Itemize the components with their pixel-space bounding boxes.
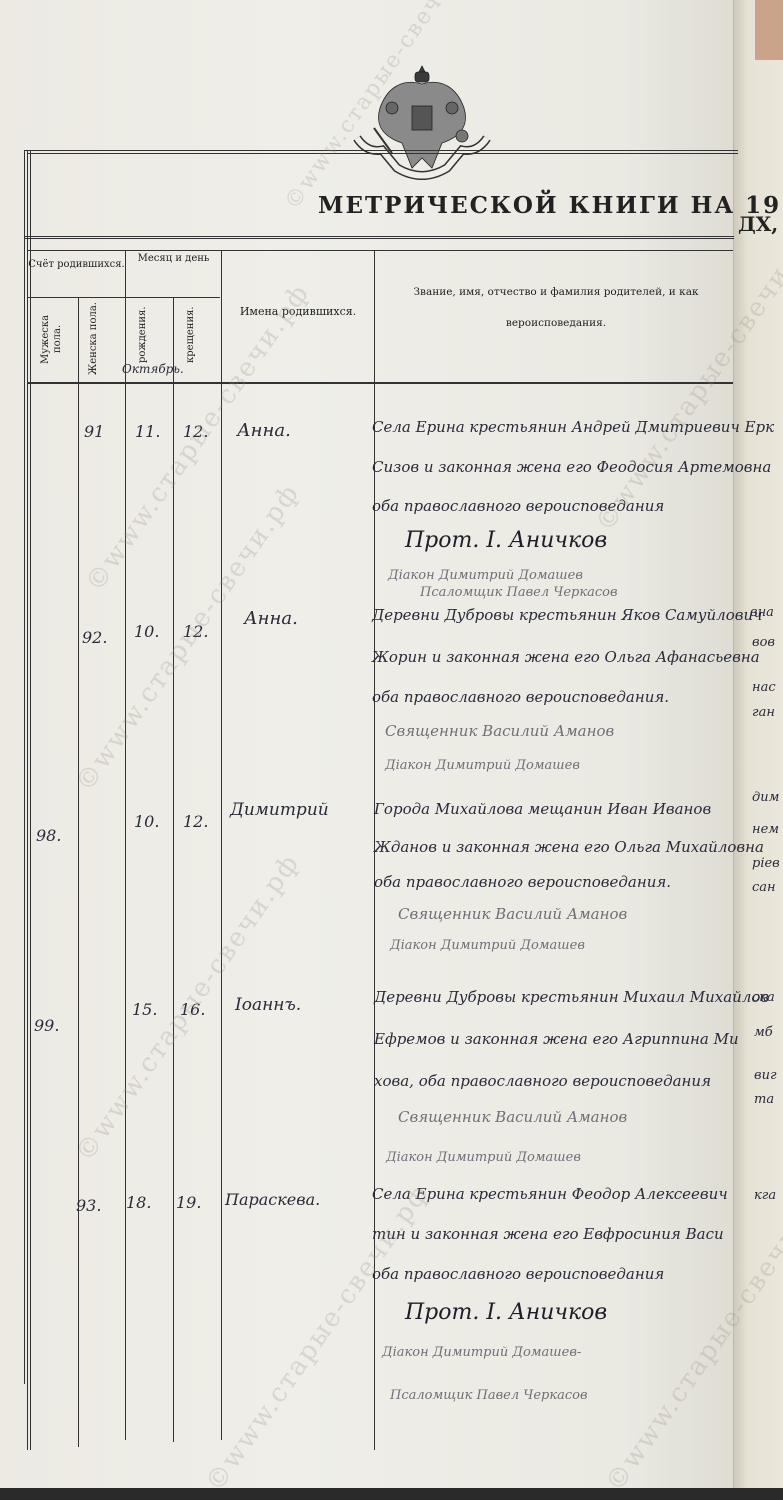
entry-4-name: Іоаннъ. — [235, 995, 301, 1015]
entry-3-parents-2: Жданов и законная жена его Ольга Михайло… — [374, 838, 764, 856]
right-margin-fragment: ска — [752, 990, 775, 1005]
header-sub-line — [27, 297, 220, 298]
entry-4-male-no: 99. — [34, 1016, 59, 1035]
right-margin-fragment: вна — [750, 605, 774, 620]
entry-5-born: 18. — [126, 1193, 151, 1212]
header-parents-line2: вероисповедания. — [376, 316, 736, 330]
entry-4-born: 15. — [132, 1000, 157, 1019]
right-margin-fragment: та — [754, 1092, 774, 1107]
right-margin-fragment: вов — [752, 635, 775, 650]
entry-2-signature-2: Діакон Димитрий Домашев — [385, 758, 580, 773]
page-bottom-shadow — [0, 1488, 783, 1500]
header-top-line — [27, 250, 733, 251]
entry-2-parents-1: Деревни Дубровы крестьянин Яков Самуйлов… — [372, 606, 762, 624]
right-margin-fragment: дим — [752, 790, 779, 805]
entry-2-female-no: 92. — [82, 628, 107, 647]
entry-5-baptized: 19. — [176, 1193, 201, 1212]
right-margin-fragment: нас — [752, 680, 776, 695]
entry-2-name: Анна. — [244, 608, 298, 629]
entry-3-signature-2: Діакон Димитрий Домашев — [390, 938, 585, 953]
header-birth: рождения. — [137, 300, 149, 370]
col-divider-1 — [78, 297, 79, 1447]
right-margin-fragment: кга — [754, 1188, 776, 1203]
col-border-left — [27, 150, 31, 1450]
entry-5-female-no: 93. — [76, 1196, 101, 1215]
entry-1-born: 11. — [135, 422, 160, 441]
right-margin-fragment: нем — [752, 822, 779, 837]
entry-4-parents-3: хова, оба православного вероисповедания — [374, 1072, 711, 1090]
entry-5-parents-3: оба православного вероисповедания — [372, 1265, 664, 1283]
header-count-male: Мужеска пола. — [40, 300, 64, 378]
entry-1-name: Анна. — [237, 420, 291, 441]
entry-4-signature-2: Діакон Димитрий Домашев — [386, 1150, 581, 1165]
col-divider-2 — [125, 250, 126, 1440]
header-parents-line1: Звание, имя, отчество и фамилия родителе… — [376, 285, 736, 299]
header-baptism: крещения. — [185, 300, 197, 370]
entry-2-signature-1: Священник Василий Аманов — [385, 722, 614, 740]
entry-5-signature-3: Псаломщик Павел Черкасов — [390, 1388, 588, 1403]
entry-2-parents-2: Жорин и законная жена его Ольга Афанасье… — [372, 648, 760, 666]
right-margin-fragment: сан — [752, 880, 776, 895]
entry-1-parents-2: Сизов и законная жена его Феодосия Артем… — [372, 458, 771, 476]
header-bottom-line — [27, 382, 733, 384]
entry-1-parents-1: Села Ерина крестьянин Андрей Дмитриевич … — [372, 418, 774, 436]
entry-3-name: Димитрий — [230, 800, 329, 820]
entry-1-signature-2: Діакон Димитрий Домашев — [388, 568, 583, 583]
entry-5-signature-2: Діакон Димитрий Домашев- — [382, 1345, 581, 1360]
entry-5-signature-1: Прот. І. Аничков — [405, 1300, 607, 1325]
entry-5-name: Параскева. — [225, 1190, 320, 1209]
entry-3-parents-1: Города Михайлова мещанин Иван Иванов — [374, 800, 711, 818]
entry-4-parents-2: Ефремов и законная жена его Агриппина Ми — [374, 1030, 739, 1048]
entry-3-male-no: 98. — [36, 826, 61, 845]
title-divider — [24, 236, 734, 239]
right-margin-fragment: виг — [754, 1068, 777, 1083]
right-margin-fragment: ріев — [752, 856, 780, 871]
entry-2-born: 10. — [134, 622, 159, 641]
header-count-female: Женска пола. — [88, 300, 100, 378]
entry-2-parents-3: оба православного вероисповедания. — [372, 688, 669, 706]
entry-3-signature-1: Священник Василий Аманов — [398, 905, 627, 923]
header-month-group: Месяц и день — [126, 252, 221, 266]
entry-4-parents-1: Деревни Дубровы крестьянин Михаил Михайл… — [374, 988, 769, 1006]
right-margin-fragment: мб — [754, 1025, 773, 1040]
entry-4-signature-1: Священник Василий Аманов — [398, 1108, 627, 1126]
entry-1-signature-1: Прот. І. Аничков — [405, 528, 607, 553]
header-month-handwritten: Октябрь. — [122, 362, 184, 376]
page-title: МЕТРИЧЕСКОЙ КНИГИ НА 19 — [318, 192, 781, 219]
entry-2-note-above: Псаломщик Павел Черкасов — [420, 585, 618, 600]
entry-5-parents-2: тин и законная жена его Евфросиния Васи — [372, 1225, 724, 1243]
entry-3-baptized: 12. — [183, 812, 208, 831]
background-strip — [755, 0, 783, 60]
entry-1-female-no: 91 — [84, 422, 104, 441]
entry-3-born: 10. — [134, 812, 159, 831]
entry-3-parents-3: оба православного вероисповедания. — [374, 873, 671, 891]
header-count-group: Счёт родившихся. — [28, 258, 125, 272]
page-title-continuation: ДХ, — [738, 212, 778, 236]
right-margin-fragment: ган — [752, 705, 775, 720]
